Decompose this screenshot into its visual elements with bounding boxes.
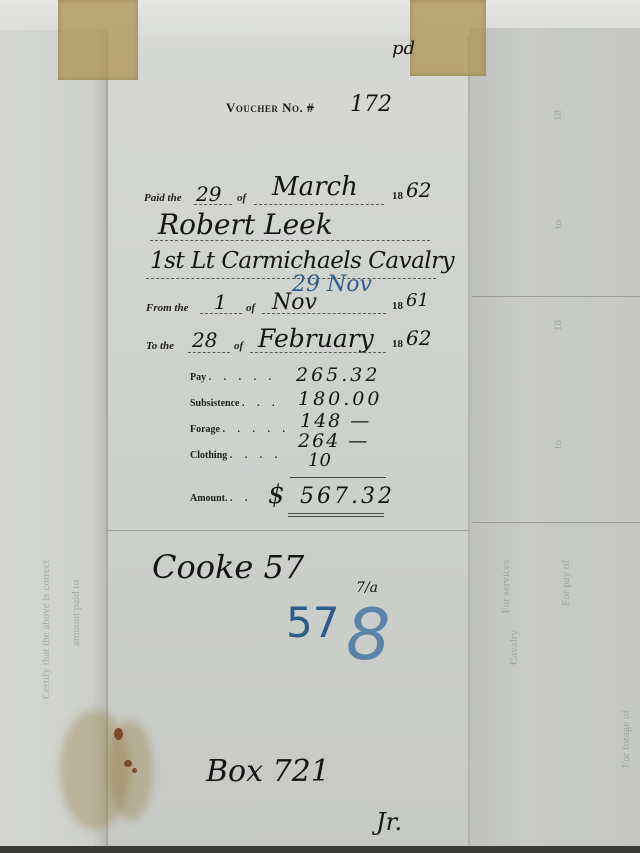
amount-label-text: Amount.	[190, 493, 228, 504]
line-item-pay-value: 265.32	[296, 364, 380, 386]
amount-label: Amount. . .	[190, 493, 253, 504]
from-day: 1	[214, 290, 227, 314]
line-item-pay-label: Pay . . . . .	[190, 372, 276, 383]
leader-dots: . . . . .	[223, 424, 291, 435]
bottom-initials: Jr.	[376, 808, 402, 836]
payee-name-line	[150, 240, 430, 241]
reverse-text: amount paid to	[70, 580, 82, 646]
ink-spot	[124, 760, 132, 767]
leader-dots: . .	[230, 493, 253, 504]
reverse-rule	[108, 530, 468, 531]
reverse-text: 18	[552, 110, 564, 121]
line-item-clothing-value: 10	[308, 450, 331, 471]
to-of-label: of	[234, 340, 243, 352]
amount-bottom-rule	[288, 513, 384, 514]
to-month-line	[250, 352, 386, 353]
paid-year-prefix: 18	[392, 190, 403, 202]
line-item-clothing-label: Clothing . . . .	[190, 450, 282, 461]
to-label: To the	[146, 340, 174, 352]
leader-dots: . . . . .	[209, 372, 277, 383]
payee-rank-unit: 1st Lt Carmichaels Cavalry	[150, 248, 454, 274]
leader-dots: . . . .	[230, 450, 283, 461]
paid-label: Paid the	[144, 192, 182, 204]
reverse-text: 18	[552, 320, 564, 331]
reverse-text: Certify that the above is correct	[40, 560, 52, 699]
reverse-text: to	[552, 440, 564, 449]
reverse-text: For services	[500, 560, 512, 613]
amount-value: 567.32	[300, 484, 395, 509]
tape-strip-right	[410, 0, 486, 76]
blue-mark: 8	[346, 594, 391, 676]
ink-spot	[132, 768, 137, 773]
paid-month-line	[254, 204, 384, 205]
cooke-note: Cooke 57	[152, 548, 304, 586]
from-blue-annotation: 29 Nov	[292, 272, 372, 297]
blue-number: 57	[286, 598, 339, 647]
to-day-line	[188, 352, 230, 353]
line-item-label: Forage	[190, 424, 220, 435]
amount-top-rule	[290, 477, 386, 478]
right-folded-panel	[470, 28, 640, 848]
voucher-panel	[106, 36, 470, 848]
paid-day: 29	[196, 182, 221, 206]
to-year-suffix: 62	[406, 326, 431, 350]
reverse-rule	[472, 296, 640, 297]
from-year-prefix: 18	[392, 300, 403, 312]
voucher-struck-mark: #	[307, 100, 314, 115]
voucher-label: Voucher No.	[226, 100, 303, 115]
payee-unit-line	[146, 278, 436, 279]
from-of-label: of	[246, 302, 255, 314]
from-year-suffix: 61	[406, 290, 429, 311]
paid-of-label: of	[237, 192, 246, 204]
paid-day-line	[194, 204, 232, 205]
line-item-forage-value: 148 —	[300, 410, 371, 432]
line-item-label: Subsistence	[190, 398, 239, 409]
to-month: February	[258, 324, 374, 353]
to-day: 28	[192, 328, 217, 352]
paid-year-suffix: 62	[406, 178, 431, 202]
reverse-text: For forage of	[620, 710, 632, 768]
box-note: Box 721	[206, 754, 330, 789]
reverse-text: For pay of	[560, 560, 572, 606]
voucher-number: 172	[350, 92, 392, 117]
voucher-heading: Voucher No. #	[226, 100, 314, 116]
amount-currency: $	[268, 480, 285, 510]
tape-strip-left	[58, 0, 138, 80]
table-surface	[0, 846, 640, 853]
line-item-label: Pay	[190, 372, 206, 383]
from-day-line	[200, 313, 242, 314]
amount-bottom-rule-2	[288, 516, 384, 517]
from-month-line	[262, 313, 386, 314]
paid-month: March	[272, 172, 358, 202]
line-item-forage-label: Forage . . . . .	[190, 424, 290, 435]
payee-name: Robert Leek	[158, 208, 333, 241]
reverse-text: Cavalry	[508, 630, 520, 665]
line-item-subsistence-label: Subsistence . . .	[190, 398, 279, 409]
line-item-label: Clothing	[190, 450, 227, 461]
reverse-text: to	[552, 220, 564, 229]
line-item-subsistence-value: 180.00	[298, 388, 382, 410]
to-year-prefix: 18	[392, 338, 403, 350]
leader-dots: . . .	[242, 398, 280, 409]
top-margin-note: pd	[392, 38, 415, 59]
ink-spot	[114, 728, 123, 740]
from-label: From the	[146, 302, 188, 314]
line-item-forage-value-2: 264 —	[298, 430, 369, 452]
reverse-rule	[472, 522, 640, 523]
